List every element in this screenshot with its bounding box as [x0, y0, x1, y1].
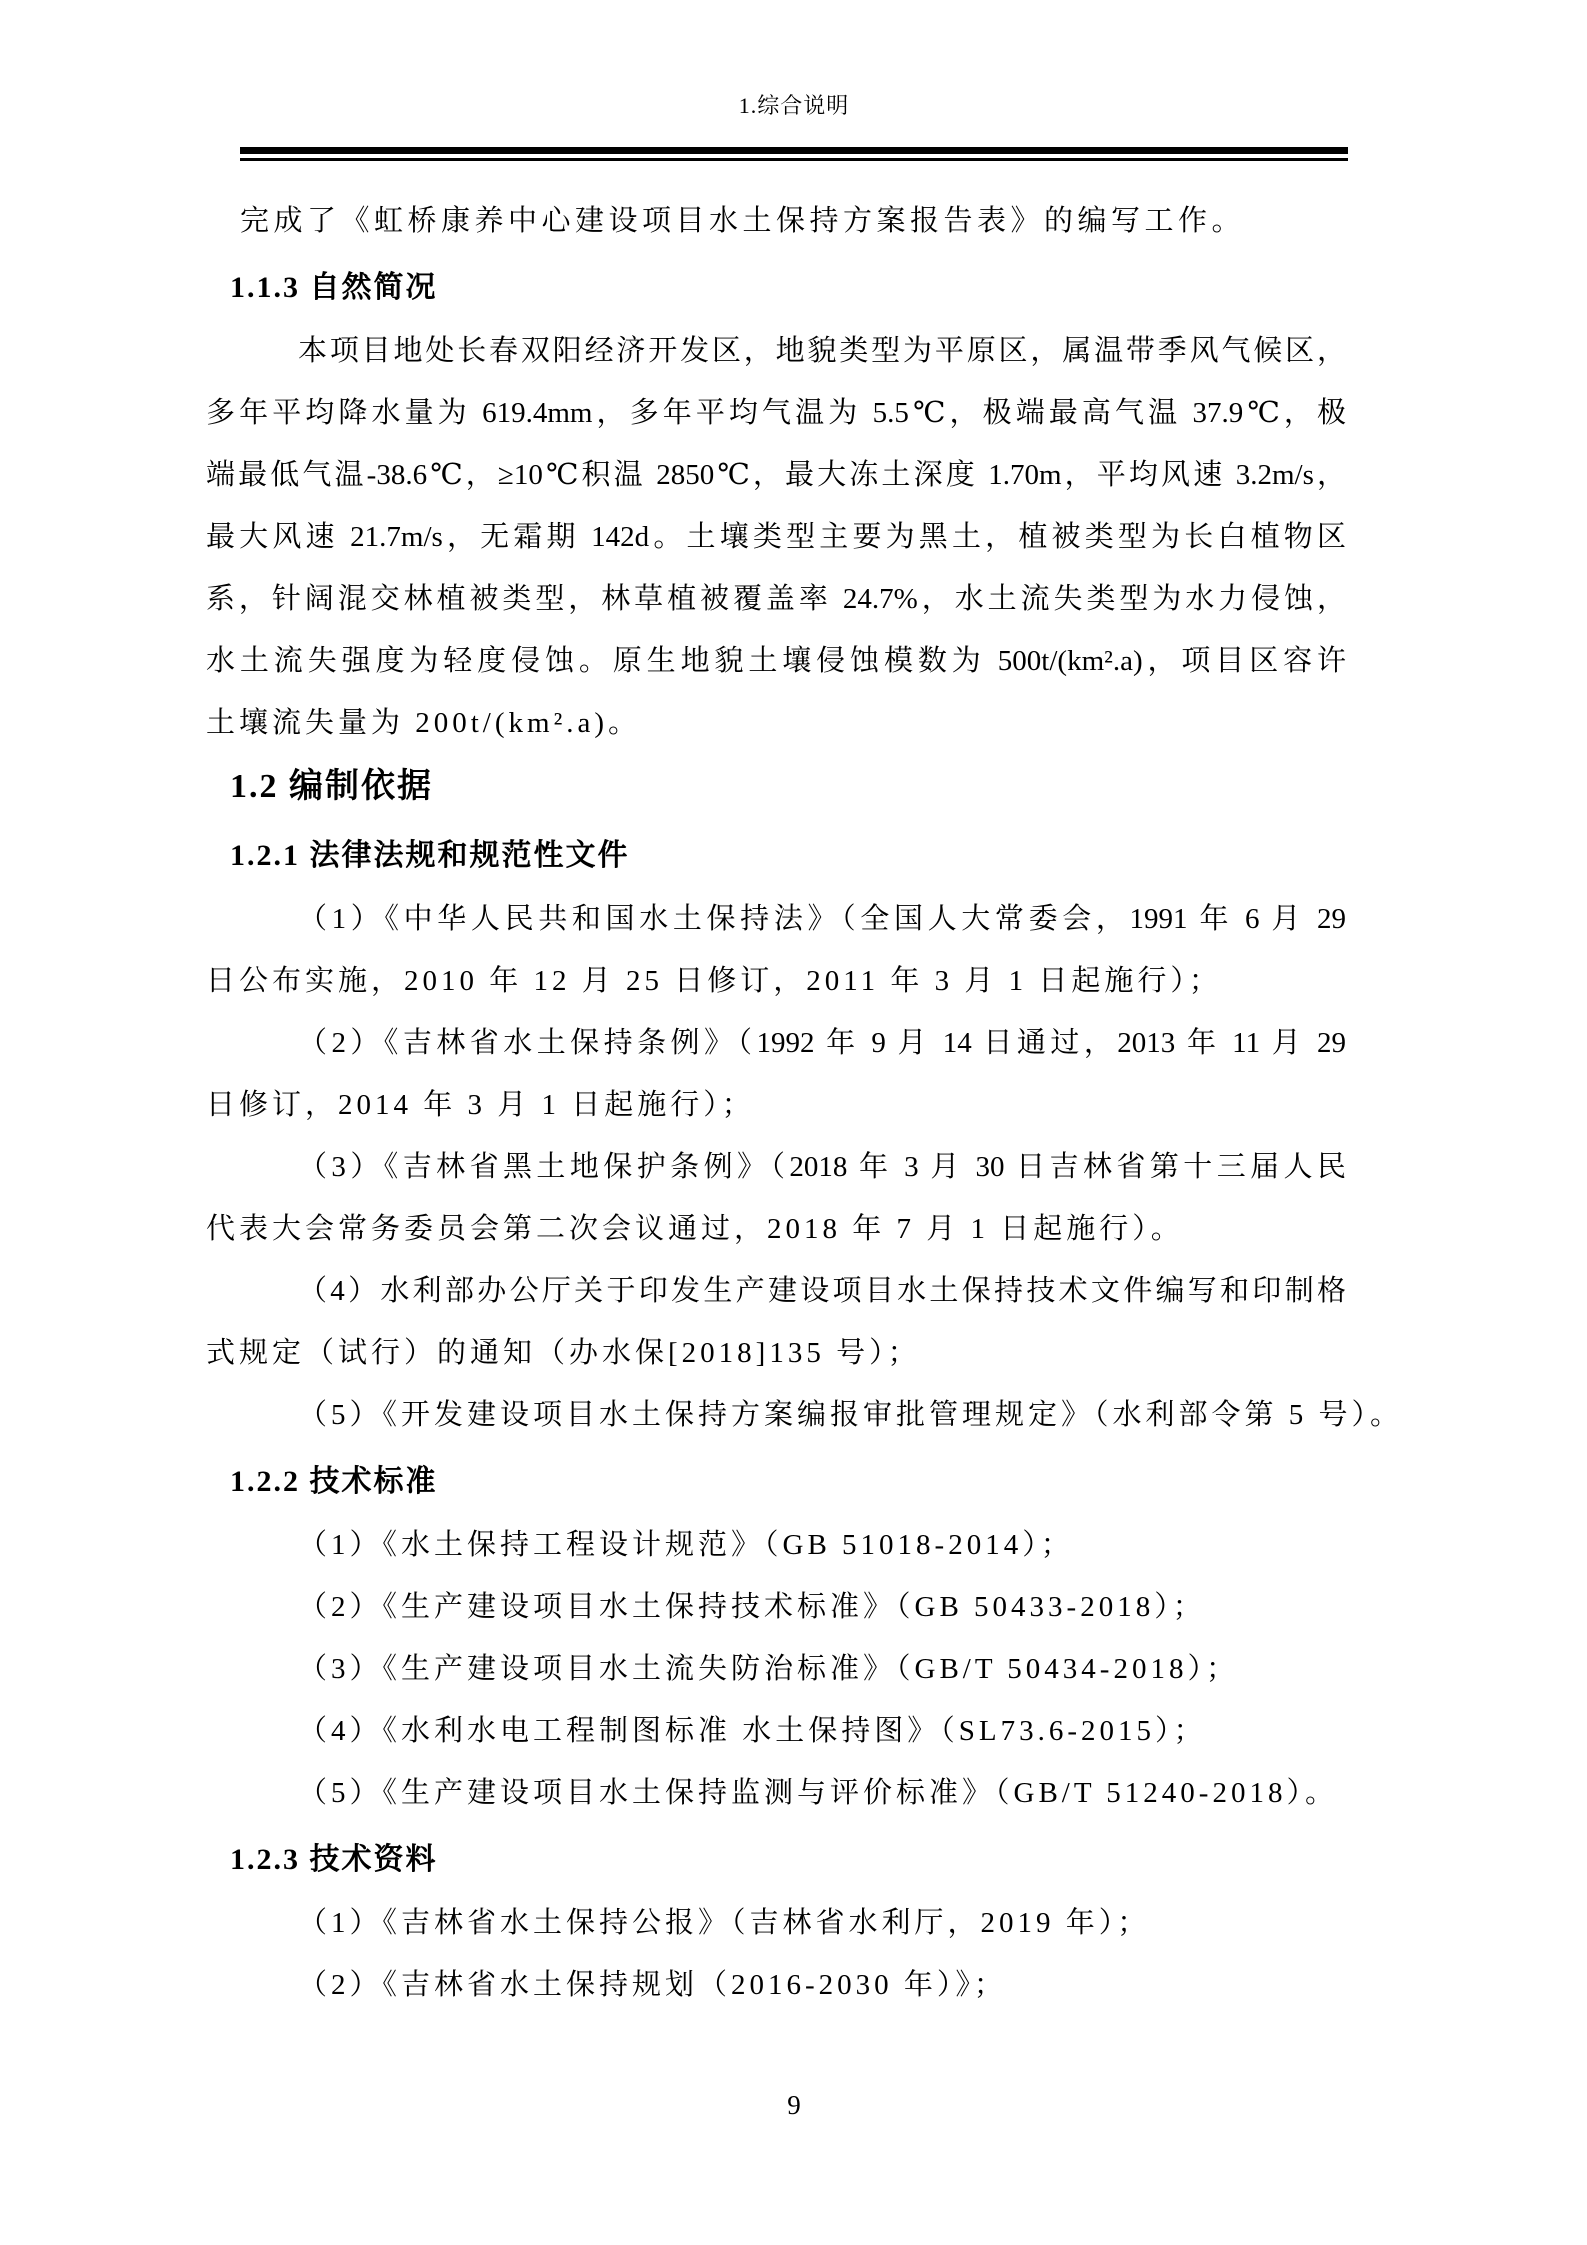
text-line: （4）《水利水电工程制图标准 水土保持图》（SL73.6-2015）；: [206, 1700, 1346, 1762]
paragraph: （3）《吉林省黑土地保护条例》（2018 年 3 月 30 日吉林省第十三届人民…: [206, 1136, 1346, 1260]
section-heading: 1.1.3 自然简况: [206, 256, 1346, 320]
paragraph: （2）《吉林省水土保持条例》（1992 年 9 月 14 日通过，2013 年 …: [206, 1012, 1346, 1136]
paragraph: （5）《开发建设项目水土保持方案编报审批管理规定》（水利部令第 5 号）。: [206, 1384, 1346, 1446]
paragraph: （2）《吉林省水土保持规划（2016-2030 年）》；: [206, 1954, 1346, 2016]
text-line: （1）《水土保持工程设计规范》（GB 51018-2014）；: [206, 1514, 1346, 1576]
text-line: 日公布实施，2010 年 12 月 25 日修订，2011 年 3 月 1 日起…: [206, 950, 1346, 1012]
text-line: 日修订，2014 年 3 月 1 日起施行）；: [206, 1074, 1346, 1136]
text-line: （5）《开发建设项目水土保持方案编报审批管理规定》（水利部令第 5 号）。: [206, 1384, 1346, 1446]
text-line: （4）水利部办公厅关于印发生产建设项目水土保持技术文件编写和印制格: [206, 1260, 1346, 1322]
section-heading: 1.2 编制依据: [206, 754, 1346, 820]
page-number: 9: [240, 2088, 1348, 2122]
text-line: 式规定（试行）的通知（办水保[2018]135 号）；: [206, 1322, 1346, 1384]
paragraph: 本项目地处长春双阳经济开发区，地貌类型为平原区，属温带季风气候区，多年平均降水量…: [206, 320, 1346, 754]
document-body: 完成了《虹桥康养中心建设项目水土保持方案报告表》的编写工作。1.1.3 自然简况…: [206, 190, 1346, 2016]
paragraph: （4）《水利水电工程制图标准 水土保持图》（SL73.6-2015）；: [206, 1700, 1346, 1762]
document-page: 1.综合说明 完成了《虹桥康养中心建设项目水土保持方案报告表》的编写工作。1.1…: [0, 0, 1587, 2245]
text-line: 本项目地处长春双阳经济开发区，地貌类型为平原区，属温带季风气候区，: [206, 320, 1346, 382]
text-line: 土壤流失量为 200t/(km².a)。: [206, 692, 1346, 754]
paragraph: （1）《中华人民共和国水土保持法》（全国人大常委会，1991 年 6 月 29日…: [206, 888, 1346, 1012]
text-line: （2）《生产建设项目水土保持技术标准》（GB 50433-2018）；: [206, 1576, 1346, 1638]
text-line: （3）《吉林省黑土地保护条例》（2018 年 3 月 30 日吉林省第十三届人民: [206, 1136, 1346, 1198]
text-line: 系，针阔混交林植被类型，林草植被覆盖率 24.7%，水土流失类型为水力侵蚀，: [206, 568, 1346, 630]
text-line: 最大风速 21.7m/s，无霜期 142d。土壤类型主要为黑土，植被类型为长白植…: [206, 506, 1346, 568]
text-line: （3）《生产建设项目水土流失防治标准》（GB/T 50434-2018）；: [206, 1638, 1346, 1700]
paragraph: （5）《生产建设项目水土保持监测与评价标准》（GB/T 51240-2018）。: [206, 1762, 1346, 1824]
page-header-title: 1.综合说明: [240, 90, 1348, 122]
section-heading: 1.2.1 法律法规和规范性文件: [206, 824, 1346, 888]
paragraph: （4）水利部办公厅关于印发生产建设项目水土保持技术文件编写和印制格式规定（试行）…: [206, 1260, 1346, 1384]
section-heading: 1.2.2 技术标准: [206, 1450, 1346, 1514]
paragraph: （3）《生产建设项目水土流失防治标准》（GB/T 50434-2018）；: [206, 1638, 1346, 1700]
page-header: 1.综合说明: [206, 0, 1346, 161]
section-heading: 1.2.3 技术资料: [206, 1828, 1346, 1892]
text-line: （5）《生产建设项目水土保持监测与评价标准》（GB/T 51240-2018）。: [206, 1762, 1346, 1824]
text-line: 完成了《虹桥康养中心建设项目水土保持方案报告表》的编写工作。: [206, 190, 1346, 252]
text-line: （1）《吉林省水土保持公报》（吉林省水利厅，2019 年）；: [206, 1892, 1346, 1954]
paragraph: （2）《生产建设项目水土保持技术标准》（GB 50433-2018）；: [206, 1576, 1346, 1638]
text-line: （1）《中华人民共和国水土保持法》（全国人大常委会，1991 年 6 月 29: [206, 888, 1346, 950]
paragraph: （1）《水土保持工程设计规范》（GB 51018-2014）；: [206, 1514, 1346, 1576]
text-line: 多年平均降水量为 619.4mm，多年平均气温为 5.5℃，极端最高气温 37.…: [206, 382, 1346, 444]
text-line: 端最低气温-38.6℃，≥10℃积温 2850℃，最大冻土深度 1.70m，平均…: [206, 444, 1346, 506]
text-line: 水土流失强度为轻度侵蚀。原生地貌土壤侵蚀模数为 500t/(km².a)，项目区…: [206, 630, 1346, 692]
text-line: （2）《吉林省水土保持规划（2016-2030 年）》；: [206, 1954, 1346, 2016]
header-rule: [240, 147, 1348, 161]
text-line: 代表大会常务委员会第二次会议通过，2018 年 7 月 1 日起施行）。: [206, 1198, 1346, 1260]
paragraph: 完成了《虹桥康养中心建设项目水土保持方案报告表》的编写工作。: [206, 190, 1346, 252]
text-line: （2）《吉林省水土保持条例》（1992 年 9 月 14 日通过，2013 年 …: [206, 1012, 1346, 1074]
paragraph: （1）《吉林省水土保持公报》（吉林省水利厅，2019 年）；: [206, 1892, 1346, 1954]
